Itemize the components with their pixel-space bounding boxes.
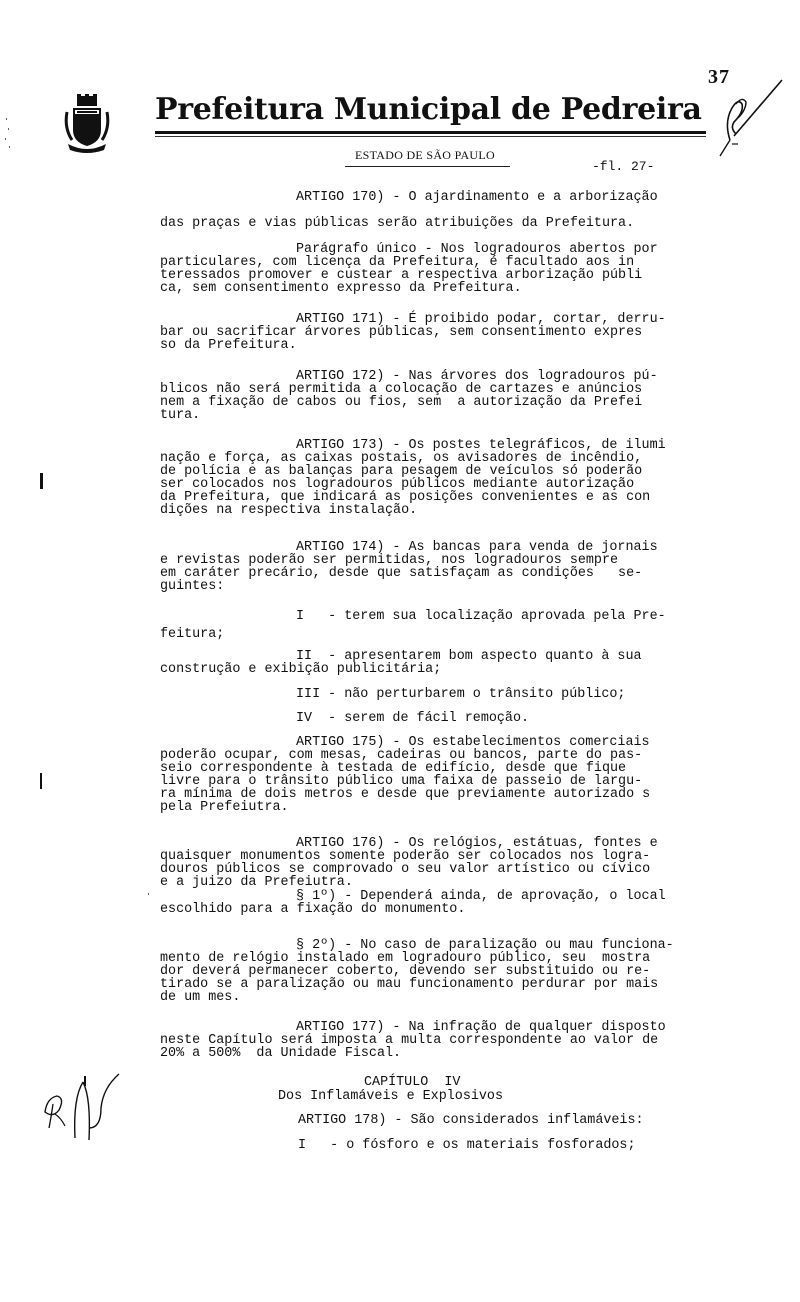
text-line: ARTIGO 170) - O ajardinamento e a arbori… <box>160 192 658 205</box>
page-title: Prefeitura Municipal de Pedreira <box>155 92 702 127</box>
state-subtitle: ESTADO DE SÃO PAULO <box>355 148 495 163</box>
text-line: 20% a 500% da Unidade Fiscal. <box>160 1048 401 1061</box>
document-page: Prefeitura Municipal de Pedreira ESTADO … <box>0 0 800 1302</box>
text-line: IV - serem de fácil remoção. <box>160 713 529 726</box>
handwritten-rubric-icon <box>716 78 786 158</box>
text-line: tura. <box>160 410 200 423</box>
text-line: de um mes. <box>160 992 240 1005</box>
text-line: em caráter precário, desde que satisfaça… <box>160 568 642 581</box>
text-line: I - o fósforo e os materiais fosforados; <box>298 1140 636 1153</box>
text-line: construção e exibição publicitária; <box>160 664 441 677</box>
text-line: ca, sem consentimento expresso da Prefei… <box>160 283 522 296</box>
text-line: feitura; <box>160 629 224 642</box>
margin-mark <box>40 773 42 789</box>
text-line: escolhido para a fixação do monumento. <box>160 904 465 917</box>
text-line: pela Prefeiutra. <box>160 802 289 815</box>
text-line: III - não perturbarem o trânsito público… <box>160 689 625 702</box>
text-line: nem a fixação de cabos ou fios, sem a au… <box>160 397 642 410</box>
text-line: so da Prefeitura. <box>160 340 297 353</box>
handwritten-signature-icon <box>35 1068 125 1148</box>
title-underline-thin <box>155 136 706 137</box>
text-line: e a juizo da Prefeiutra. <box>160 877 353 890</box>
title-underline <box>155 131 706 134</box>
chapter-subtitle: Dos Inflamáveis e Explosivos <box>278 1091 503 1104</box>
state-underline <box>345 166 510 167</box>
coat-of-arms-icon <box>64 94 110 154</box>
text-line: guintes: <box>160 581 224 594</box>
text-line: das praças e vias públicas serão atribui… <box>160 218 634 231</box>
text-line: ARTIGO 178) - São considerados inflamáve… <box>298 1115 644 1128</box>
folio-number: -fl. 27- <box>592 159 654 174</box>
text-line: I - terem sua localização aprovada pela … <box>160 611 666 624</box>
margin-mark <box>40 473 43 489</box>
text-line: dições na respectiva instalação. <box>160 505 417 518</box>
chapter-heading: CAPÍTULO IV <box>364 1077 460 1090</box>
